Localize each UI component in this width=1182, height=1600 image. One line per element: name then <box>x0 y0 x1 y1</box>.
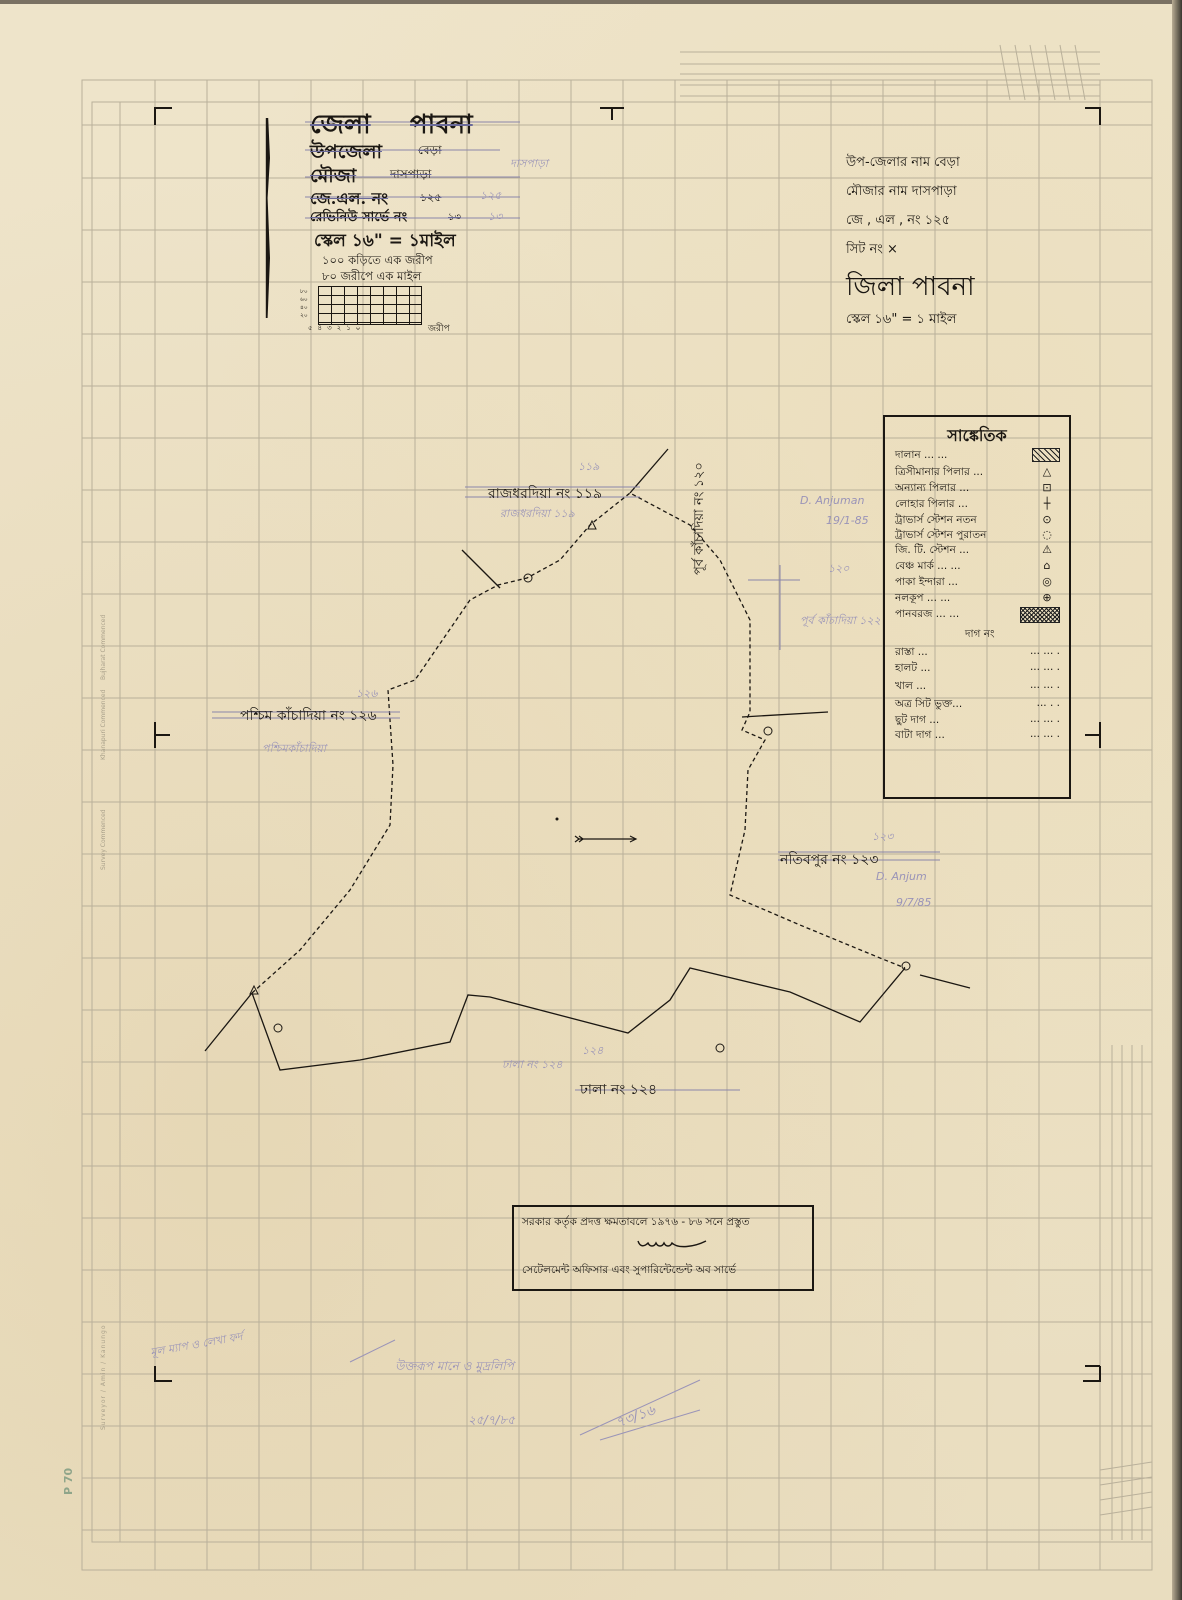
sheet-stamp: P 70 <box>62 1468 75 1495</box>
east-pencil-date: 19/1-85 <box>826 514 869 527</box>
gt-station-icon: ⚠ <box>1034 543 1060 560</box>
scale-bar-ticks: ৫৪৩২১০ <box>308 322 365 334</box>
tick: ২০ <box>300 312 308 319</box>
mouza-pencil-note: দাসপাড়া <box>510 155 548 174</box>
margin-table-header-1: Surveyor / Amin / Kanungo <box>100 1325 107 1431</box>
legend-label: পানবরজ ... ... <box>895 607 959 624</box>
scale-bar-unit: জরীপ <box>428 321 450 336</box>
jl-value: ১২৫ <box>420 189 441 208</box>
neighbour-south-label: ঢালা নং ১২৪ <box>580 1078 657 1102</box>
mouza-name-line: মৌজার নাম দাসপাড়া <box>846 182 957 203</box>
certificate-line-2: সেটেলমেন্ট অফিসার এবং সুপারিন্টেন্ডেন্ট … <box>522 1263 736 1280</box>
neighbour-east-label: পূর্ব কাঁচাদিয়া নং ১২০ <box>690 462 711 575</box>
tick: ৮০ <box>300 288 308 295</box>
jl-pencil-note: ১২৫ <box>480 187 501 206</box>
legend-title: সাঙ্কেতিক <box>885 423 1069 450</box>
tick: ৩ <box>327 324 337 332</box>
legend-label: ত্রিসীমানার পিলার ... <box>895 465 983 482</box>
betel-garden-crosshatch-icon <box>1020 607 1060 623</box>
district-title: জিলা পাবনা <box>846 266 975 310</box>
neighbour-north-pencil-note: রাজধরদিয়া ১১৯ <box>500 505 575 524</box>
tick: ৪ <box>318 324 328 332</box>
building-hatch-icon <box>1032 448 1060 462</box>
other-pillar-icon: ⊡ <box>1034 481 1060 498</box>
neighbour-east-pencil-note: পূর্ব কাঁচাদিয়া ১২২ <box>800 612 881 631</box>
neighbour-north-label: রাজধরদিয়া নং ১১৯ <box>488 482 602 506</box>
legend-label: অন্যান্য পিলার ... <box>895 481 969 498</box>
bench-mark-icon: ⌂ <box>1034 559 1060 576</box>
southeast-pencil-signature: D. Anjum <box>876 870 927 883</box>
pencil-date-center: ২৫/৭/৮৫ <box>468 1412 515 1432</box>
legend-label: অত্র সিট ভুক্ত... <box>895 697 962 714</box>
pucca-well-icon: ◎ <box>1034 575 1060 592</box>
tick: ০ <box>356 324 366 332</box>
legend-label: নলকূপ ... ... <box>895 591 950 608</box>
legend-item: দালান ... ... <box>895 448 1060 465</box>
mouza-value: দাসপাড়া <box>390 166 431 186</box>
plot-number-heading: দাগ নং <box>965 627 995 644</box>
legend-label: খাল ... <box>895 679 926 696</box>
legend-item: পানবরজ ... ... <box>895 607 1060 624</box>
survey-grid <box>0 0 1182 1600</box>
legend-label: রাস্তা ... <box>895 645 928 662</box>
upazila-value: বেড়া <box>418 142 442 162</box>
legend-dots: ... ... . <box>1030 645 1060 662</box>
margin-table-header-4: Khanapuri Commenced <box>100 690 107 760</box>
legend-label: বাটা দাগ ... <box>895 728 945 745</box>
signature-icon <box>634 1233 714 1253</box>
legend-item: লোহার পিলার ...┼ <box>895 497 1060 514</box>
tube-well-icon: ⊕ <box>1034 591 1060 608</box>
legend-item: জি. টি. স্টেশন ...⚠ <box>895 543 1060 560</box>
mouza-boundary-dashed <box>252 493 905 993</box>
tick: ২ <box>337 324 347 332</box>
revenue-pencil-note: ১৩ <box>488 208 502 227</box>
legend-dots: ... ... . <box>1030 728 1060 745</box>
revenue-survey-label: রেভিনিউ সার্ভে নং <box>310 208 407 229</box>
neighbour-south-pencil-note: ঢালা নং ১২৪ <box>502 1056 563 1075</box>
upazila-name-line: উপ-জেলার নাম বেড়া <box>846 153 960 174</box>
plot-legend-item: হালট ...... ... . <box>895 661 1060 678</box>
margin-table-header-6: Bujharat Commenced <box>100 615 107 680</box>
legend-label: পাকা ইন্দারা ... <box>895 575 958 592</box>
neighbour-west-pencil-note: পশ্চিমকাঁচাদিয়া <box>262 740 326 759</box>
tick: ৬০ <box>300 296 308 303</box>
legend-box: সাঙ্কেতিক দালান ... ... ত্রিসীমানার পিলা… <box>883 415 1071 799</box>
scale-bar-side-ticks: ৮০ ৬০ ৪০ ২০ <box>300 288 314 320</box>
neighbour-west-pencil-number: ১২৬ <box>356 685 377 704</box>
legend-item: অন্যান্য পিলার ...⊡ <box>895 481 1060 498</box>
plot-legend-item: রাস্তা ...... ... . <box>895 645 1060 662</box>
neighbour-southeast-pencil-number: ১২৩ <box>872 828 893 847</box>
tick: ১ <box>346 324 356 332</box>
legend-dots: ... ... . <box>1030 661 1060 678</box>
margin-table-header-2: Survey Commenced <box>100 809 107 870</box>
tick: ৪০ <box>300 304 308 311</box>
neighbour-southeast-label: নতিবপুর নং ১২৩ <box>780 848 878 872</box>
neighbour-west-label: পশ্চিম কাঁচাদিয়া নং ১২৬ <box>240 704 377 728</box>
neighbour-east-pencil-number: ১২০ <box>828 560 849 579</box>
scale-bar-diagonal <box>318 286 422 325</box>
legend-item: ত্রিসীমানার পিলার ...△ <box>895 465 1060 482</box>
legend-label: হালট ... <box>895 661 930 678</box>
sheet-number-line: সিট নং × <box>846 240 898 261</box>
legend-label: লোহার পিলার ... <box>895 497 968 514</box>
tri-junction-pillar-icon: △ <box>1034 465 1060 482</box>
neighbour-south-pencil-number: ১২৪ <box>582 1042 603 1061</box>
plot-legend-item: অত্র সিট ভুক্ত...... . . <box>895 697 1060 714</box>
legend-dots: ... ... . <box>1030 679 1060 696</box>
legend-label: দালান ... ... <box>895 448 947 465</box>
pencil-note-center: উক্তরূপ মানে ও মুদ্রলিপি <box>395 1358 514 1378</box>
legend-item: বেঞ্চ মার্ক ... ...⌂ <box>895 559 1060 576</box>
tick: ৫ <box>308 324 318 332</box>
certificate-line-1: সরকার কর্তৃক প্রদত্ত ক্ষমতাবলে ১৯৭৬ - ৮৬… <box>522 1215 750 1232</box>
certificate-box: সরকার কর্তৃক প্রদত্ত ক্ষমতাবলে ১৯৭৬ - ৮৬… <box>512 1205 814 1291</box>
east-pencil-signature: D. Anjuman <box>800 494 864 507</box>
plot-legend-item: বাটা দাগ ...... ... . <box>895 728 1060 745</box>
scale-line: স্কেল ১৬" = ১ মাইল <box>846 310 957 331</box>
legend-dots: ... . . <box>1037 697 1060 714</box>
plot-legend-item: খাল ...... ... . <box>895 679 1060 696</box>
revenue-survey-value: ১৩ <box>448 210 461 227</box>
iron-pillar-icon: ┼ <box>1034 497 1060 514</box>
legend-item: নলকূপ ... ...⊕ <box>895 591 1060 608</box>
southeast-pencil-date: 9/7/85 <box>896 896 931 909</box>
north-arrow-icon <box>575 836 636 842</box>
chain-note-2: ৮০ জরীপে এক মাইল <box>322 268 421 287</box>
jl-number-line: জে , এল , নং ১২৫ <box>846 211 950 232</box>
legend-label: বেঞ্চ মার্ক ... ... <box>895 559 961 576</box>
neighbour-north-pencil-number: ১১৯ <box>578 458 599 477</box>
legend-label: জি. টি. স্টেশন ... <box>895 543 969 560</box>
legend-item: পাকা ইন্দারা ...◎ <box>895 575 1060 592</box>
